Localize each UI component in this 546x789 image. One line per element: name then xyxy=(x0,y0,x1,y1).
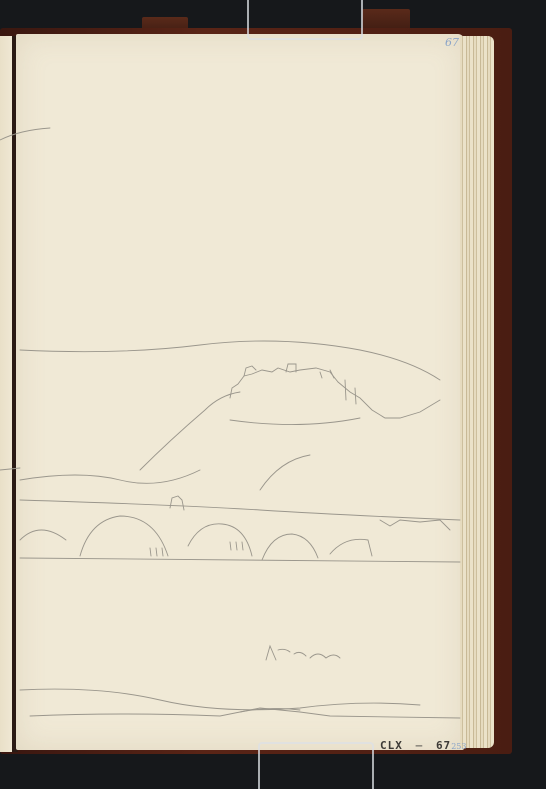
folio-number: 67 xyxy=(445,36,459,49)
catalog-number: 67 xyxy=(436,739,451,752)
pencil-sketch xyxy=(0,0,546,789)
catalog-label: CLX — 67253 xyxy=(380,734,466,753)
catalog-sub: 253 xyxy=(451,742,466,751)
catalog-series: CLX xyxy=(380,739,403,752)
inscription: Wahrungen xyxy=(262,640,338,655)
